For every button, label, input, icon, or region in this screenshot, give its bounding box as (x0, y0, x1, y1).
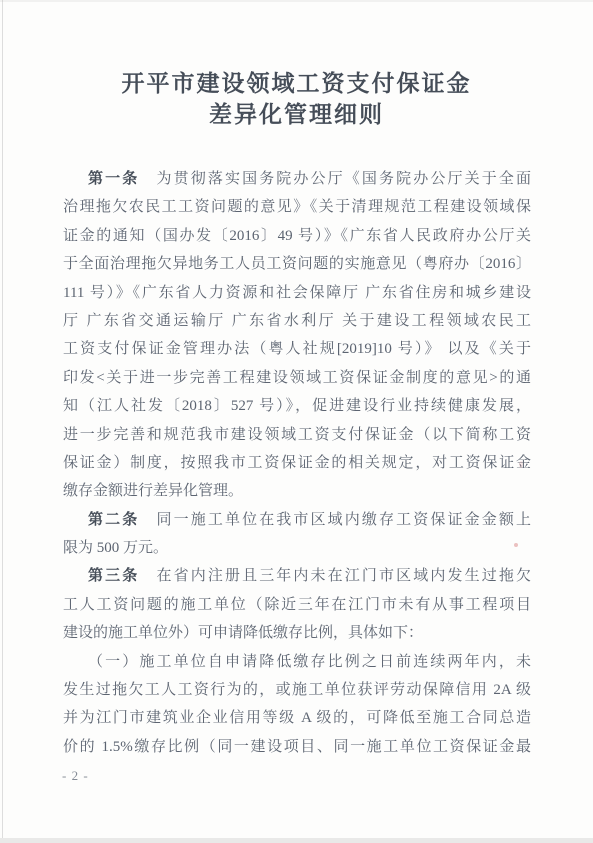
text-line: 知（江人社发〔2018〕527 号）》，促进建设行业持续健康发展， (63, 392, 531, 420)
text-segment: （一）施工单位自申请降低缴存比例之日前连续两年内，未 (88, 654, 531, 670)
text-line: 111 号）》《广东省人力资源和社会保障厅 广东省住房和城乡建设 (63, 279, 531, 307)
text-segment: 为贯彻落实国务院办公厅《国务院办公厅关于全面 (139, 171, 531, 187)
text-segment: 缴存金额进行差异化管理。 (63, 483, 243, 499)
text-line: 限为 500 万元。 (63, 534, 531, 562)
text-segment: 印发<关于进一步完善工程建设领域工资保证金制度的意见>的通 (63, 370, 531, 386)
text-segment: 111 号）》《广东省人力资源和社会保障厅 广东省住房和城乡建设 (63, 285, 531, 301)
text-segment: 保证金）制度，按照我市工资保证金的相关规定，对工资保证金 (63, 455, 531, 471)
article-label: 第一条 (88, 171, 139, 187)
text-segment: 在省内注册且三年内未在江门市区域内发生过拖欠 (139, 568, 531, 584)
text-line: 进一步完善和规范我市建设领域工资支付保证金（以下简称工资 (63, 421, 531, 449)
article-label: 第二条 (88, 512, 139, 528)
text-line: 第三条 在省内注册且三年内未在江门市区域内发生过拖欠 (63, 562, 531, 590)
document-title-line-2: 差异化管理细则 (0, 99, 593, 130)
text-line: 工资支付保证金管理办法（粤人社规[2019]10 号）》 以及《关于 (63, 335, 531, 363)
text-segment: 进一步完善和规范我市建设领域工资支付保证金（以下简称工资 (63, 427, 531, 443)
text-segment: 发生过拖欠工人工资行为的，或施工单位获评劳动保障信用 2A 级 (63, 682, 531, 698)
scan-edge-top (0, 0, 593, 2)
page-number: - 2 - (62, 768, 89, 784)
text-line: 工人工资问题的施工单位（除近三年在江门市未有从事工程项目 (63, 591, 531, 619)
text-line: 并为江门市建筑业企业信用等级 A 级的，可降低至施工合同总造 (63, 704, 531, 732)
text-line: 缴存金额进行差异化管理。 (63, 477, 531, 505)
text-segment: 工资支付保证金管理办法（粤人社规[2019]10 号）》 以及《关于 (63, 341, 531, 357)
text-segment: 证金的通知（国办发〔2016〕49 号）》《广东省人民政府办公厅关 (63, 228, 531, 244)
text-segment: 同一施工单位在我市区域内缴存工资保证金金额上 (139, 512, 531, 528)
text-segment: 价的 1.5%缴存比例（同一建设项目、同一施工单位工资保证金最 (63, 739, 531, 755)
text-line: 第一条 为贯彻落实国务院办公厅《国务院办公厅关于全面 (63, 165, 531, 193)
text-line: 第二条 同一施工单位在我市区域内缴存工资保证金金额上 (63, 506, 531, 534)
scan-artifact-speck (519, 461, 523, 468)
document-page: 开平市建设领域工资支付保证金 差异化管理细则 第一条 为贯彻落实国务院办公厅《国… (0, 0, 593, 843)
text-segment: 于全面治理拖欠异地务工人员工资问题的实施意见（粤府办〔2016〕 (63, 256, 531, 272)
text-line: 价的 1.5%缴存比例（同一建设项目、同一施工单位工资保证金最 (63, 733, 531, 761)
text-segment: 工人工资问题的施工单位（除近三年在江门市未有从事工程项目 (63, 597, 531, 613)
text-line: 建设的施工单位外）可申请降低缴存比例，具体如下： (63, 619, 531, 647)
text-line: 证金的通知（国办发〔2016〕49 号）》《广东省人民政府办公厅关 (63, 222, 531, 250)
text-line: 厅 广东省交通运输厅 广东省水利厅 关于建设工程领域农民工 (63, 307, 531, 335)
scan-edge-bottom (0, 838, 593, 843)
article-label: 第三条 (88, 568, 139, 584)
text-segment: 知（江人社发〔2018〕527 号）》，促进建设行业持续健康发展， (63, 398, 531, 414)
text-line: 印发<关于进一步完善工程建设领域工资保证金制度的意见>的通 (63, 364, 531, 392)
text-segment: 厅 广东省交通运输厅 广东省水利厅 关于建设工程领域农民工 (63, 313, 531, 329)
text-line: （一）施工单位自申请降低缴存比例之日前连续两年内，未 (63, 648, 531, 676)
scan-artifact-speck (514, 543, 518, 547)
text-line: 治理拖欠农民工工资问题的意见》《关于清理规范工程建设领域保 (63, 193, 531, 221)
text-line: 于全面治理拖欠异地务工人员工资问题的实施意见（粤府办〔2016〕 (63, 250, 531, 278)
document-title: 开平市建设领域工资支付保证金 差异化管理细则 (0, 68, 593, 130)
text-line: 保证金）制度，按照我市工资保证金的相关规定，对工资保证金 (63, 449, 531, 477)
text-segment: 治理拖欠农民工工资问题的意见》《关于清理规范工程建设领域保 (63, 199, 531, 215)
text-segment: 并为江门市建筑业企业信用等级 A 级的，可降低至施工合同总造 (63, 710, 531, 726)
text-segment: 建设的施工单位外）可申请降低缴存比例，具体如下： (63, 625, 423, 641)
document-body: 第一条 为贯彻落实国务院办公厅《国务院办公厅关于全面治理拖欠农民工工资问题的意见… (63, 165, 531, 761)
document-title-line-1: 开平市建设领域工资支付保证金 (0, 68, 593, 99)
text-line: 发生过拖欠工人工资行为的，或施工单位获评劳动保障信用 2A 级 (63, 676, 531, 704)
text-segment: 限为 500 万元。 (63, 540, 168, 556)
